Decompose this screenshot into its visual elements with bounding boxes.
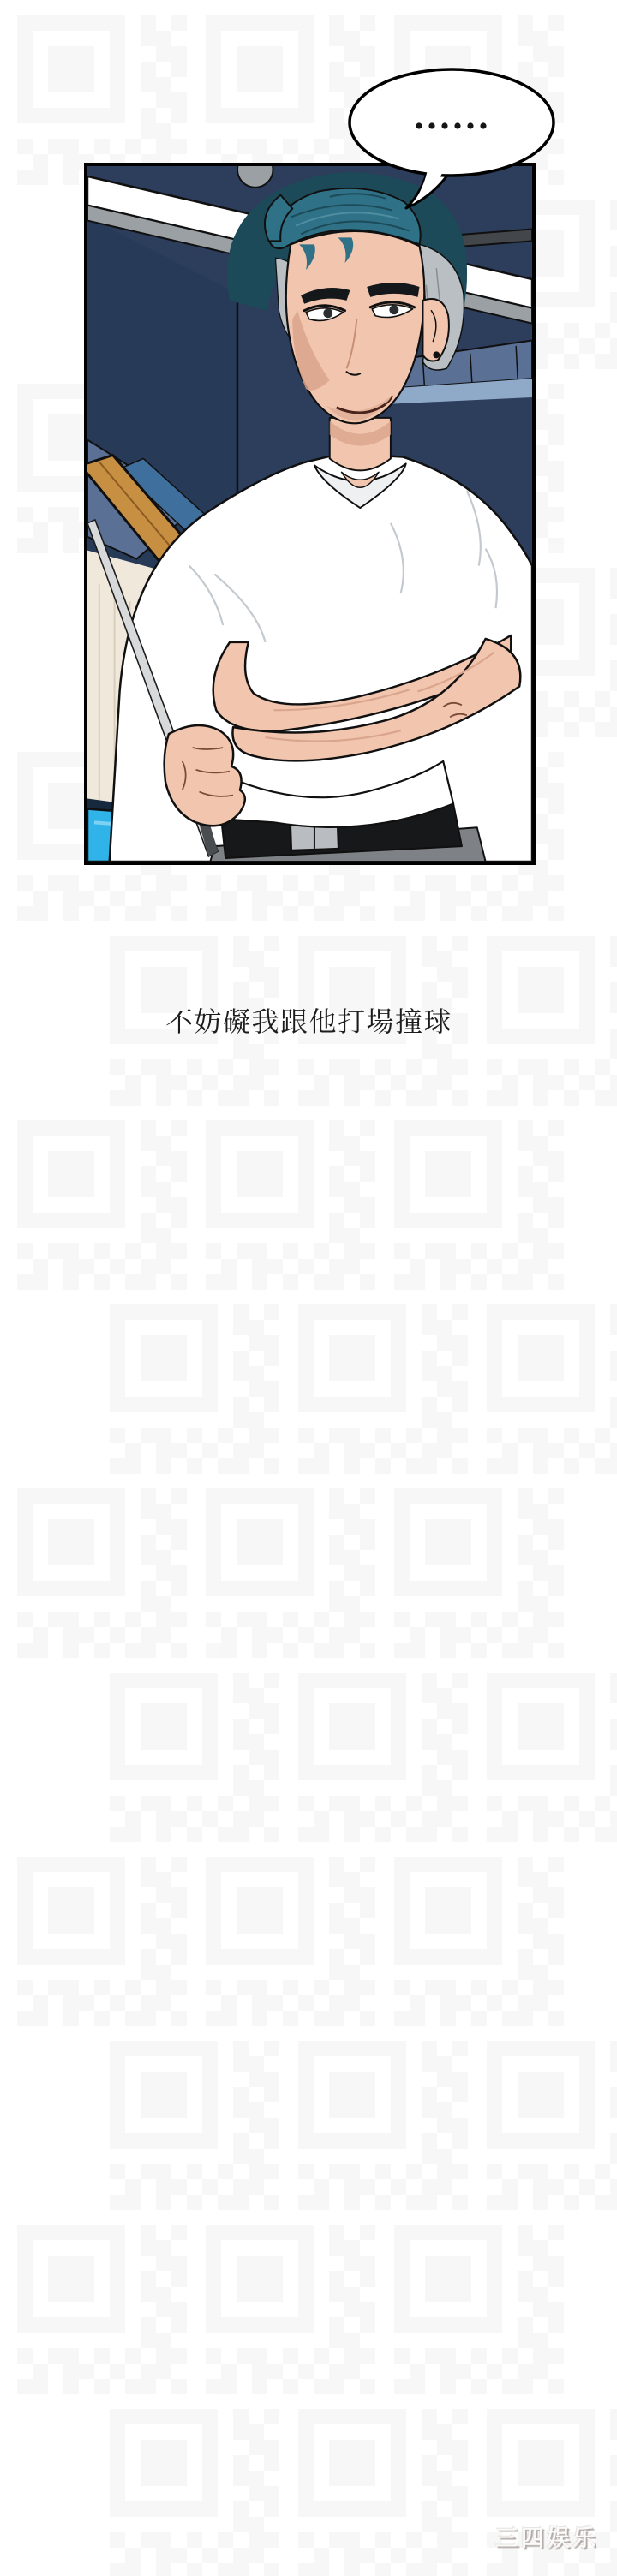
eye-right (389, 305, 398, 314)
earring (433, 351, 440, 358)
site-watermark-logo: 三四娱乐 (495, 2519, 598, 2553)
eye-left (323, 308, 332, 318)
qr-watermark-tile (298, 2041, 468, 2210)
qr-watermark-tile (206, 1857, 375, 2026)
qr-watermark-tile (206, 1120, 375, 1290)
comic-panel (84, 163, 536, 865)
qr-watermark-tile (487, 2041, 617, 2210)
qr-watermark-tile (394, 1857, 564, 2026)
speech-bubble (332, 58, 572, 221)
qr-watermark-tile (110, 1304, 279, 1474)
qr-watermark-tile (17, 15, 187, 185)
qr-watermark-tile (394, 2225, 564, 2394)
qr-watermark-tile (110, 2409, 279, 2576)
qr-watermark-tile (298, 1304, 468, 1474)
qr-watermark-tile (487, 1673, 617, 1842)
qr-watermark-tile (298, 2409, 468, 2576)
qr-watermark-tile (110, 2041, 279, 2210)
qr-watermark-tile (394, 1120, 564, 1290)
qr-watermark-tile (17, 1120, 187, 1290)
caption-text: 不妨礙我跟他打場撞球 (165, 1000, 452, 1040)
qr-watermark-tile (206, 2225, 375, 2394)
qr-watermark-tile (110, 1673, 279, 1842)
qr-watermark-tile (17, 1857, 187, 2026)
qr-watermark-tile (298, 1673, 468, 1842)
qr-watermark-tile (487, 1304, 617, 1474)
qr-watermark-tile (206, 1488, 375, 1658)
qr-watermark-tile (394, 1488, 564, 1658)
comic-panel-illustration (87, 166, 532, 862)
qr-watermark-tile (17, 2225, 187, 2394)
comic-page: { "page": { "width": 720, "height": 3008… (0, 0, 617, 2576)
qr-watermark-tile (487, 936, 617, 1106)
qr-watermark-tile (17, 1488, 187, 1658)
